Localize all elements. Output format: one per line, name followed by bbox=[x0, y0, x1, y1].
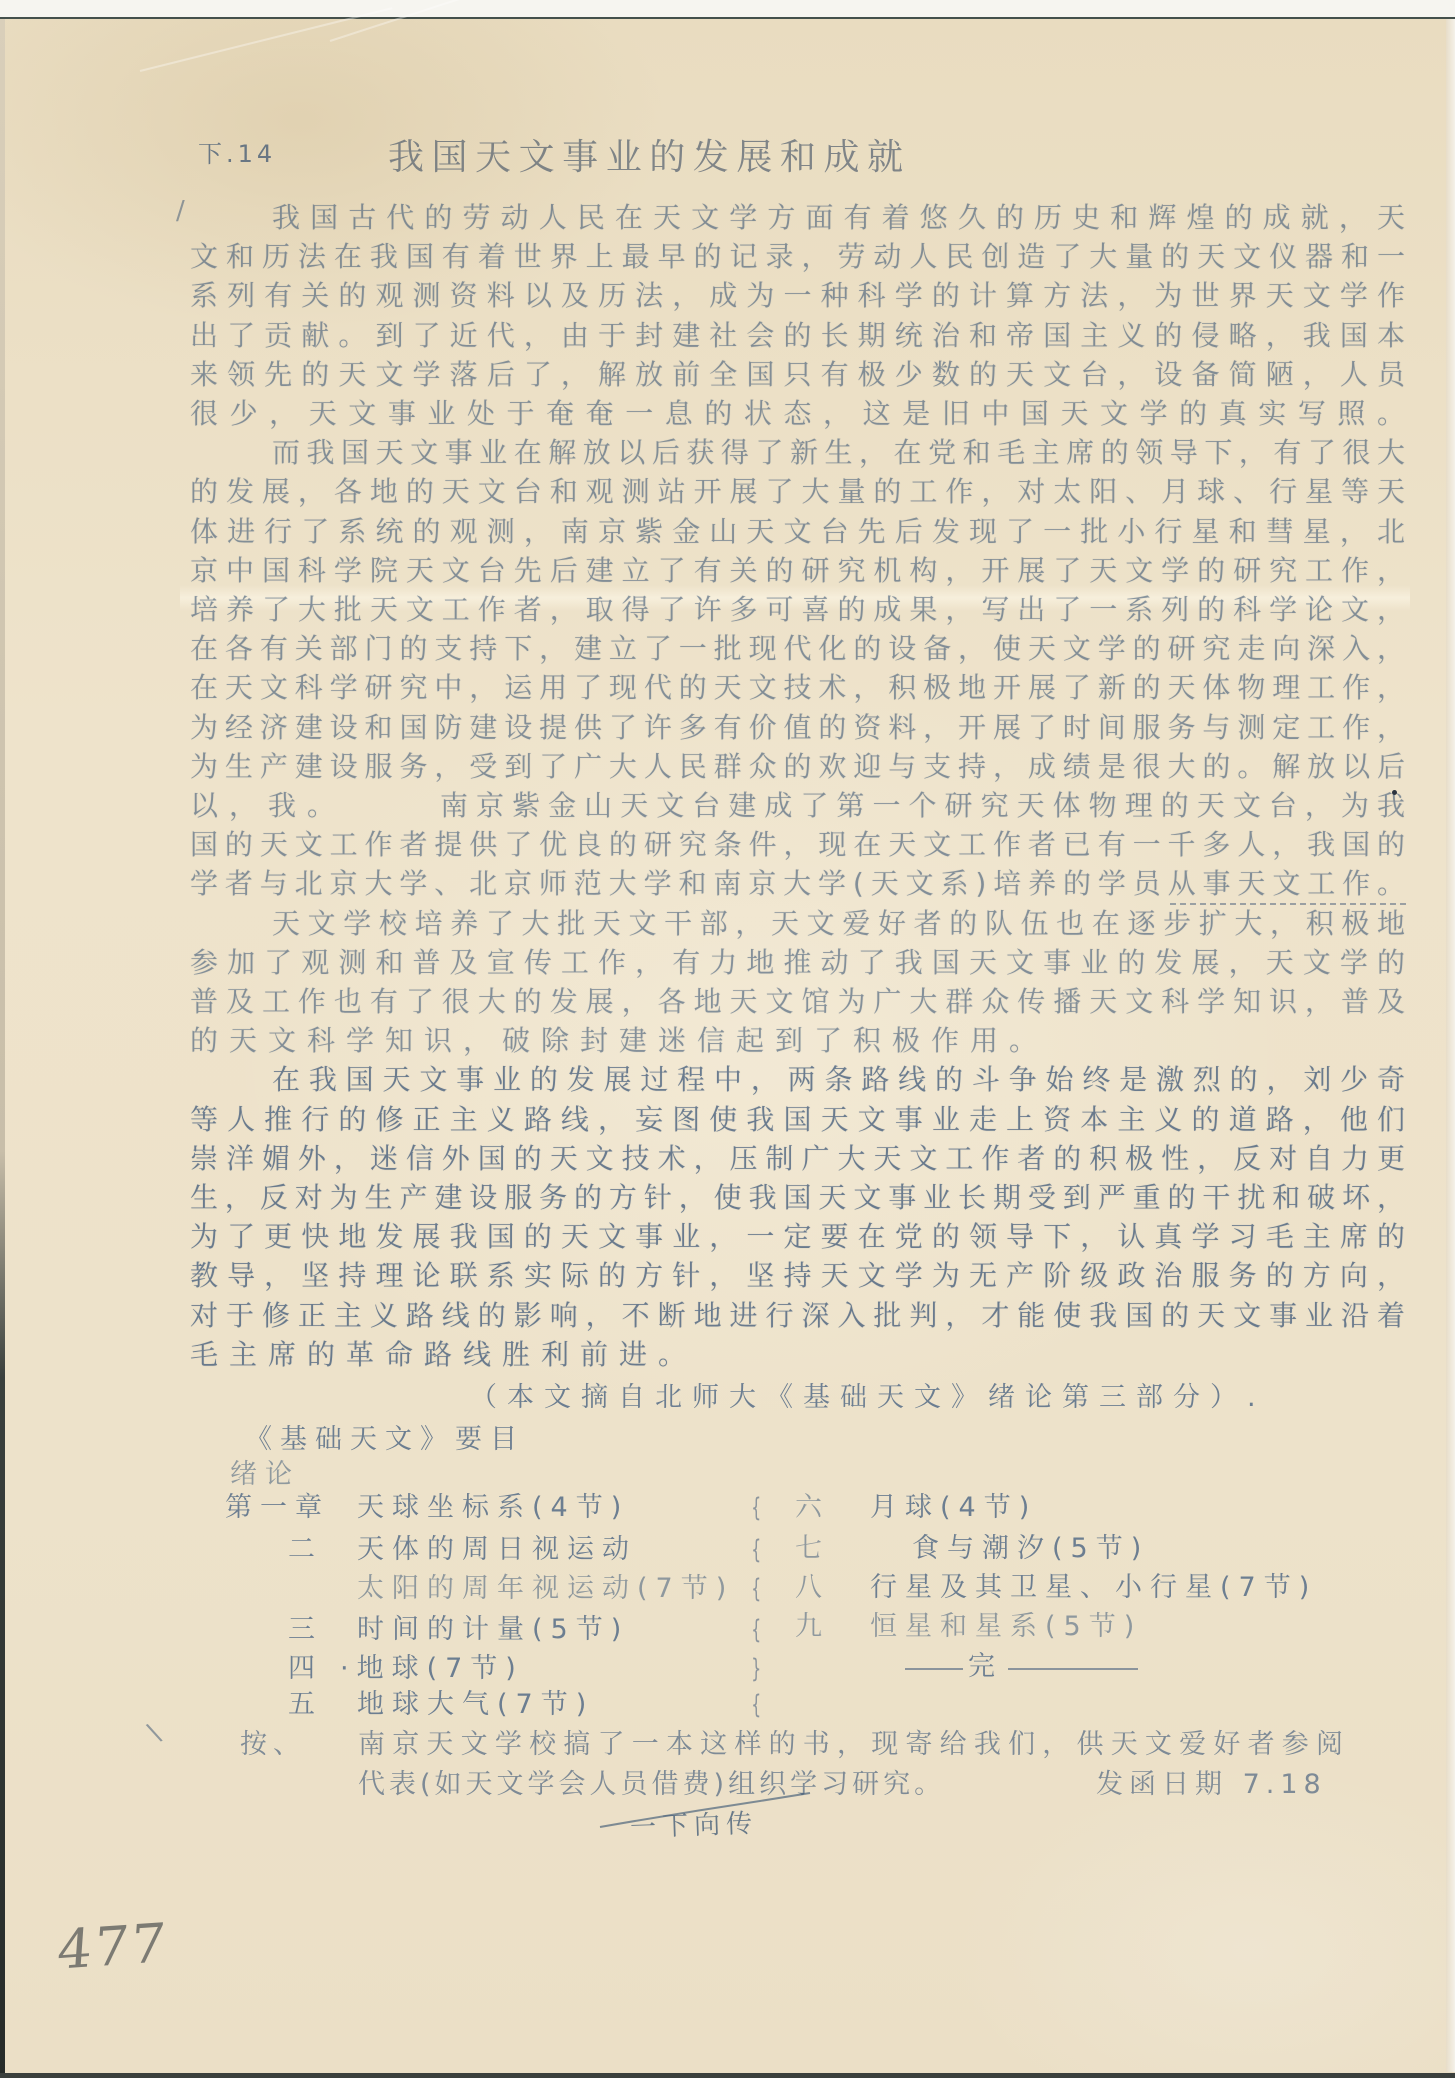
toc-chapter-number: 九 bbox=[795, 1610, 830, 1644]
text-line: 普及工作也有了很大的发展，各地天文馆为广大群众传播天文科学知识，普及 bbox=[190, 985, 1405, 1019]
text-line: 为经济建设和国防建设提供了许多有价值的资料，开展了时间服务与测定工作， bbox=[190, 711, 1405, 745]
toc-chapter-title: 天体的周日视运动 bbox=[357, 1533, 637, 1567]
text-line: 文和历法在我国有着世界上最早的记录，劳动人民创造了大量的天文仪器和一 bbox=[190, 240, 1405, 274]
toc-chapter-number: 六 bbox=[795, 1491, 830, 1525]
toc-chapter-number: 七 bbox=[795, 1532, 830, 1566]
toc-chapter-number: 八 bbox=[795, 1571, 830, 1605]
text-line: 我国古代的劳动人民在天文学方面有着悠久的历史和辉煌的成就，天 bbox=[272, 201, 1405, 235]
brace-mark: } bbox=[751, 1652, 761, 1686]
toc-chapter-title: 行星及其卫星、小行星(7节) bbox=[870, 1571, 1317, 1605]
text-line: 在我国天文事业的发展过程中，两条路线的斗争始终是激烈的，刘少奇 bbox=[272, 1063, 1405, 1097]
dashed-underline bbox=[1170, 903, 1406, 905]
text-line: 生，反对为生产建设服务的方针，使我国天文事业长期受到严重的干扰和破坏， bbox=[190, 1181, 1405, 1215]
toc-chapter-title: 月球(4节) bbox=[870, 1491, 1037, 1525]
text-line: 而我国天文事业在解放以后获得了新生，在党和毛主席的领导下，有了很大 bbox=[272, 436, 1405, 470]
brace-mark: { bbox=[751, 1572, 761, 1606]
toc-chapter-title: 食与潮汐(5节) bbox=[912, 1532, 1149, 1566]
toc-chapter-title: 恒星和星系(5节) bbox=[870, 1610, 1142, 1644]
ink-dot bbox=[1392, 790, 1397, 795]
text-line: 体进行了系统的观测，南京紫金山天文台先后发现了一批小行星和彗星，北 bbox=[190, 515, 1405, 549]
toc-intro: 绪论 bbox=[230, 1458, 300, 1492]
handwritten-annotation: 一下向传 bbox=[629, 1803, 758, 1844]
toc-chapter-title: 太阳的周年视运动(7节) bbox=[357, 1572, 734, 1606]
text-line: 天文学校培养了大批天文干部，天文爱好者的队伍也在逐步扩大，积极地 bbox=[272, 907, 1405, 941]
text-line: 培养了大批天文工作者，取得了许多可喜的成果，写出了一系列的科学论文， bbox=[190, 593, 1405, 627]
toc-chapter-number: 五 bbox=[288, 1688, 323, 1722]
toc-chapter-number: 四 bbox=[288, 1652, 323, 1686]
note-label: 按、 bbox=[240, 1728, 306, 1762]
text-line: 学者与北京大学、北京师范大学和南京大学(天文系)培养的学员从事天文工作。 bbox=[190, 867, 1405, 901]
toc-end-mark: 完 bbox=[968, 1650, 1003, 1684]
text-line: 为了更快地发展我国的天文事业，一定要在党的领导下，认真学习毛主席的 bbox=[190, 1220, 1405, 1254]
toc-chapter-number: 第一章 bbox=[225, 1491, 330, 1525]
brace-mark: { bbox=[751, 1533, 761, 1567]
text-line: 的发展，各地的天文台和观测站开展了大量的工作，对太阳、月球、行星等天 bbox=[190, 475, 1405, 509]
end-rule-right bbox=[1008, 1668, 1138, 1670]
brace-mark: { bbox=[751, 1613, 761, 1647]
pencil-page-number: 477 bbox=[55, 1911, 169, 1981]
scanned-document-page: 下.14 我国天文事业的发展和成就 / 我国古代的劳动人民在天文学方面有着悠久的… bbox=[0, 0, 1455, 2078]
scan-left-edge bbox=[0, 19, 5, 2078]
toc-chapter-title: ·地球(7节) bbox=[340, 1652, 524, 1686]
text-line: 出了贡献。到了近代，由于封建社会的长期统治和帝国主义的侵略，我国本 bbox=[190, 319, 1405, 353]
margin-note-mark: \ bbox=[144, 1718, 165, 1749]
text-line: 对于修正主义路线的影响，不断地进行深入批判，才能使我国的天文事业沿着 bbox=[190, 1299, 1405, 1333]
text-line: 的天文科学知识，破除封建迷信起到了积极作用。 bbox=[190, 1024, 1405, 1058]
text-line: 在天文科学研究中，运用了现代的天文技术，积极地开展了新的天体物理工作， bbox=[190, 671, 1405, 705]
text-line: 崇洋媚外，迷信外国的天文技术，压制广大天文工作者的积极性，反对自力更 bbox=[190, 1142, 1405, 1176]
note-date: 发函日期 7.18 bbox=[1096, 1768, 1327, 1802]
toc-chapter-number: 三 bbox=[288, 1613, 323, 1647]
toc-chapter-number: 二 bbox=[288, 1533, 323, 1567]
text-line: 来领先的天文学落后了，解放前全国只有极少数的天文台，设备简陋，人员 bbox=[190, 358, 1405, 392]
toc-heading: 《基础天文》要目 bbox=[245, 1423, 525, 1457]
page-mark: 下.14 bbox=[198, 134, 276, 169]
scan-bottom-edge bbox=[0, 2073, 1455, 2078]
text-line: 国的天文工作者提供了优良的研究条件，现在天文工作者已有一千多人，我国的 bbox=[190, 828, 1405, 862]
end-rule-left bbox=[905, 1668, 963, 1670]
text-line: 以，我。 bbox=[190, 789, 390, 823]
text-line: 毛主席的革命路线胜利前进。 bbox=[190, 1338, 1405, 1372]
text-line: 等人推行的修正主义路线，妄图使我国天文事业走上资本主义的道路，他们 bbox=[190, 1103, 1405, 1137]
document-title: 我国天文事业的发展和成就 bbox=[388, 138, 903, 178]
source-note: （本文摘自北师大《基础天文》绪论第三部分）. bbox=[470, 1381, 1266, 1415]
toc-chapter-title: 天球坐标系(4节) bbox=[357, 1491, 629, 1525]
note-line: 南京天文学校搞了一本这样的书，现寄给我们，供天文爱好者参阅 bbox=[358, 1728, 1343, 1762]
scan-top-border bbox=[0, 0, 1455, 19]
text-line: 在各有关部门的支持下，建立了一批现代化的设备，使天文学的研究走向深入， bbox=[190, 632, 1405, 666]
text-line: 参加了观测和普及宣传工作，有力地推动了我国天文事业的发展，天文学的 bbox=[190, 946, 1405, 980]
margin-slash-mark: / bbox=[176, 196, 185, 226]
text-line: 为生产建设服务，受到了广大人民群众的欢迎与支持，成绩是很大的。解放以后 bbox=[190, 750, 1405, 784]
text-line: 京中国科学院天文台先后建立了有关的研究机构，开展了天文学的研究工作， bbox=[190, 554, 1405, 588]
text-line-continuation: 南京紫金山天文台建成了第一个研究天体物理的天文台，为我 bbox=[440, 789, 1405, 823]
text-line: 很少，天文事业处于奄奄一息的状态，这是旧中国天文学的真实写照。 bbox=[190, 397, 1405, 431]
text-line: 教导，坚持理论联系实际的方针，坚持天文学为无产阶级政治服务的方向， bbox=[190, 1259, 1405, 1293]
scan-right-edge bbox=[1446, 19, 1455, 2072]
toc-chapter-title: 地球大气(7节) bbox=[357, 1688, 594, 1722]
brace-mark: { bbox=[751, 1688, 761, 1722]
toc-chapter-title: 时间的计量(5节) bbox=[357, 1613, 629, 1647]
text-line: 系列有关的观测资料以及历法，成为一种科学的计算方法，为世界天文学作 bbox=[190, 279, 1405, 313]
brace-mark: { bbox=[751, 1491, 761, 1525]
